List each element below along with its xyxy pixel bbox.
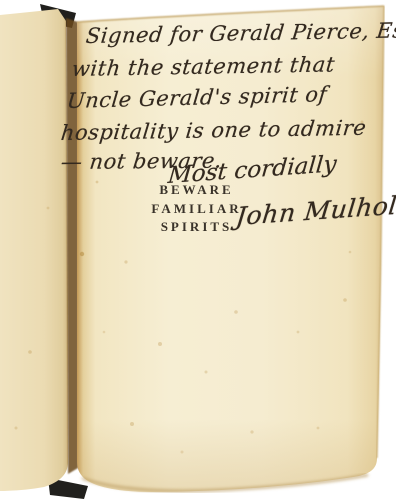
book-photo: Signed for Gerald Pierce, Esq with the s… xyxy=(0,0,396,500)
right-page-shading xyxy=(77,6,384,492)
left-page xyxy=(0,9,68,491)
book-illustration xyxy=(0,0,396,500)
gutter-shadow xyxy=(66,18,78,474)
